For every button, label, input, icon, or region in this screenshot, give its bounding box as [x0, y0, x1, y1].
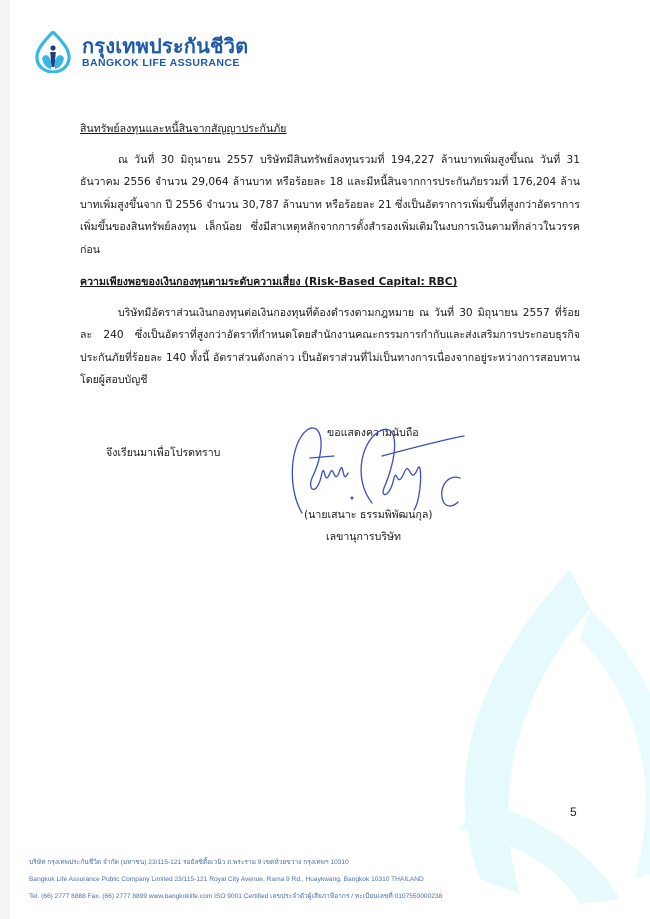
- section-heading-investments: สินทรัพย์ลงทุนและหนี้สินจากสัญญาประกันภั…: [80, 118, 580, 141]
- brand-name-english: BANGKOK LIFE ASSURANCE: [82, 57, 248, 70]
- signature-block: ขอแสดงความนับถือ (นายเสนาะ ธรรมพิพัฒนกุล…: [270, 418, 470, 548]
- letter-body: สินทรัพย์ลงทุนและหนี้สินจากสัญญาประกันภั…: [80, 118, 580, 464]
- company-logo: กรุงเทพประกันชีวิต BANGKOK LIFE ASSURANC…: [34, 31, 248, 73]
- page-edge: [0, 0, 10, 919]
- brand-name-thai: กรุงเทพประกันชีวิต: [82, 35, 248, 57]
- document-page: กรุงเทพประกันชีวิต BANGKOK LIFE ASSURANC…: [0, 0, 650, 919]
- lotus-watermark-icon: [420, 549, 650, 909]
- rbc-paragraph: บริษัทมีอัตราส่วนเงินกองทุนต่อเงินกองทุน…: [80, 302, 580, 392]
- signatory-title: เลขานุการบริษัท: [326, 528, 401, 545]
- footer-address-english: Bangkok Life Assurance Public Company Li…: [29, 871, 442, 888]
- company-footer: บริษัท กรุงเทพประกันชีวิต จำกัด (มหาชน) …: [29, 854, 442, 905]
- footer-address-thai: บริษัท กรุงเทพประกันชีวิต จำกัด (มหาชน) …: [29, 854, 442, 871]
- investments-paragraph: ณ วันที่ 30 มิถุนายน 2557 บริษัทมีสินทรั…: [80, 149, 580, 262]
- signatory-name: (นายเสนาะ ธรรมพิพัฒนกุล): [304, 506, 433, 523]
- footer-contact: Tel. (66) 2777 8888 Fax. (66) 2777 8899 …: [29, 888, 442, 905]
- lotus-person-logo-icon: [34, 31, 72, 73]
- section-heading-rbc: ความเพียงพอของเงินกองทุนตามระดับความเสี่…: [80, 271, 580, 294]
- page-number: 5: [570, 805, 577, 819]
